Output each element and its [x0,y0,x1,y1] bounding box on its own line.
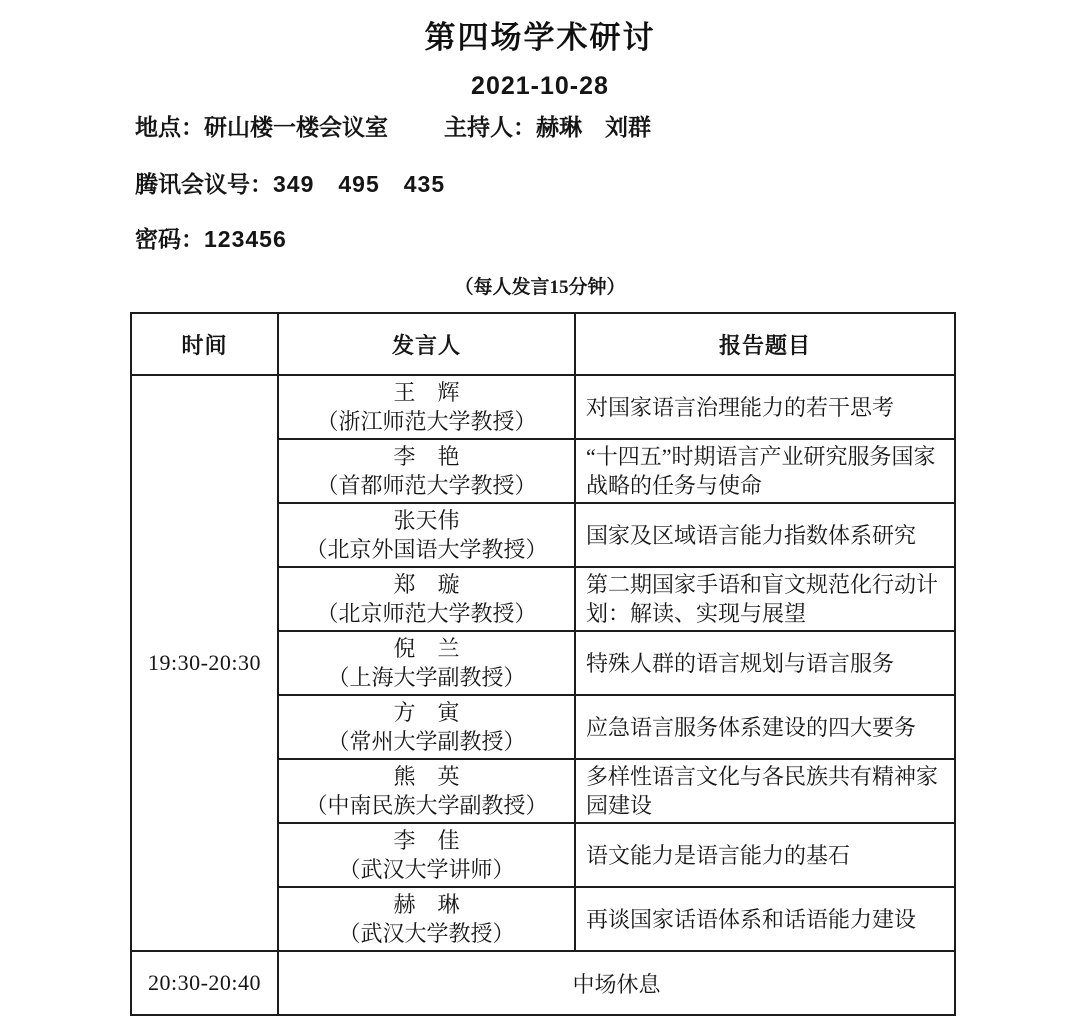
break-time: 20:30-20:40 [131,951,278,1015]
seminar-date: 2021-10-28 [0,72,1080,101]
meeting-number-label: 腾讯会议号： [135,172,273,197]
column-header-speaker: 发言人 [278,313,575,375]
schedule-table-header: 时间 发言人 报告题目 [131,313,955,375]
seminar-schedule-document: 第四场学术研讨 2021-10-28 地点：研山楼一楼会议室主持人：赫琳 刘群 … [0,0,1080,1016]
speaking-time-note: （每人发言15分钟） [0,272,1080,299]
speaker-name: 倪 兰 [279,634,574,663]
password-line: 密码：123456 [135,221,1080,254]
speaker-affiliation: （首都师范大学教授） [279,471,574,500]
speaker-name: 熊 英 [279,762,574,791]
location-host-line: 地点：研山楼一楼会议室主持人：赫琳 刘群 [135,109,1080,142]
host-group: 主持人：赫琳 刘群 [444,115,651,140]
speaker-name: 赫 琳 [279,890,574,919]
speaker-affiliation: （北京师范大学教授） [279,599,574,628]
speaker-cell: 赫 琳（武汉大学教授） [278,887,575,951]
speaker-rows: 19:30-20:30王 辉（浙江师范大学教授）对国家语言治理能力的若干思考李 … [131,375,955,951]
talk-title: 应急语言服务体系建设的四大要务 [575,695,955,759]
host-label: 主持人： [444,115,536,140]
speaker-name: 郑 璇 [279,570,574,599]
speaker-name: 方 寅 [279,698,574,727]
password-label: 密码： [135,227,204,252]
speaker-name: 王 辉 [279,378,574,407]
meeting-number-line: 腾讯会议号：349 495 435 [135,166,1080,199]
break-row: 20:30-20:40 中场休息 [131,951,955,1015]
speaker-name: 李 佳 [279,826,574,855]
speaker-affiliation: （北京外国语大学教授） [279,535,574,564]
talk-title: “十四五”时期语言产业研究服务国家战略的任务与使命 [575,439,955,503]
host-value: 赫琳 刘群 [536,115,651,140]
speaker-name: 张天伟 [279,506,574,535]
speaker-cell: 方 寅（常州大学副教授） [278,695,575,759]
speaker-name: 李 艳 [279,442,574,471]
talk-title: 第二期国家手语和盲文规范化行动计划：解读、实现与展望 [575,567,955,631]
talk-title: 语文能力是语言能力的基石 [575,823,955,887]
schedule-table: 时间 发言人 报告题目 19:30-20:30王 辉（浙江师范大学教授）对国家语… [130,312,956,1016]
speaker-affiliation: （中南民族大学副教授） [279,791,574,820]
location-value: 研山楼一楼会议室 [204,115,388,140]
talk-title: 多样性语言文化与各民族共有精神家园建设 [575,759,955,823]
speaker-cell: 张天伟（北京外国语大学教授） [278,503,575,567]
header-row: 时间 发言人 报告题目 [131,313,955,375]
talk-title: 国家及区域语言能力指数体系研究 [575,503,955,567]
speaker-cell: 倪 兰（上海大学副教授） [278,631,575,695]
speaker-affiliation: （武汉大学教授） [279,919,574,948]
speaker-cell: 郑 璇（北京师范大学教授） [278,567,575,631]
table-row: 19:30-20:30王 辉（浙江师范大学教授）对国家语言治理能力的若干思考 [131,375,955,439]
column-header-title: 报告题目 [575,313,955,375]
speaker-cell: 熊 英（中南民族大学副教授） [278,759,575,823]
speaker-affiliation: （武汉大学讲师） [279,855,574,884]
speaker-cell: 李 佳（武汉大学讲师） [278,823,575,887]
speaker-affiliation: （常州大学副教授） [279,727,574,756]
break-label: 中场休息 [278,951,955,1015]
column-header-time: 时间 [131,313,278,375]
session-time-cell: 19:30-20:30 [131,375,278,951]
talk-title: 对国家语言治理能力的若干思考 [575,375,955,439]
page-title: 第四场学术研讨 [0,12,1080,57]
break-section: 20:30-20:40 中场休息 [131,951,955,1015]
talk-title: 特殊人群的语言规划与语言服务 [575,631,955,695]
password-value: 123456 [204,226,287,252]
meeting-number-value: 349 495 435 [273,171,445,197]
speaker-affiliation: （浙江师范大学教授） [279,407,574,436]
speaker-cell: 李 艳（首都师范大学教授） [278,439,575,503]
speaker-cell: 王 辉（浙江师范大学教授） [278,375,575,439]
location-label: 地点： [135,115,204,140]
speaker-affiliation: （上海大学副教授） [279,663,574,692]
talk-title: 再谈国家话语体系和话语能力建设 [575,887,955,951]
